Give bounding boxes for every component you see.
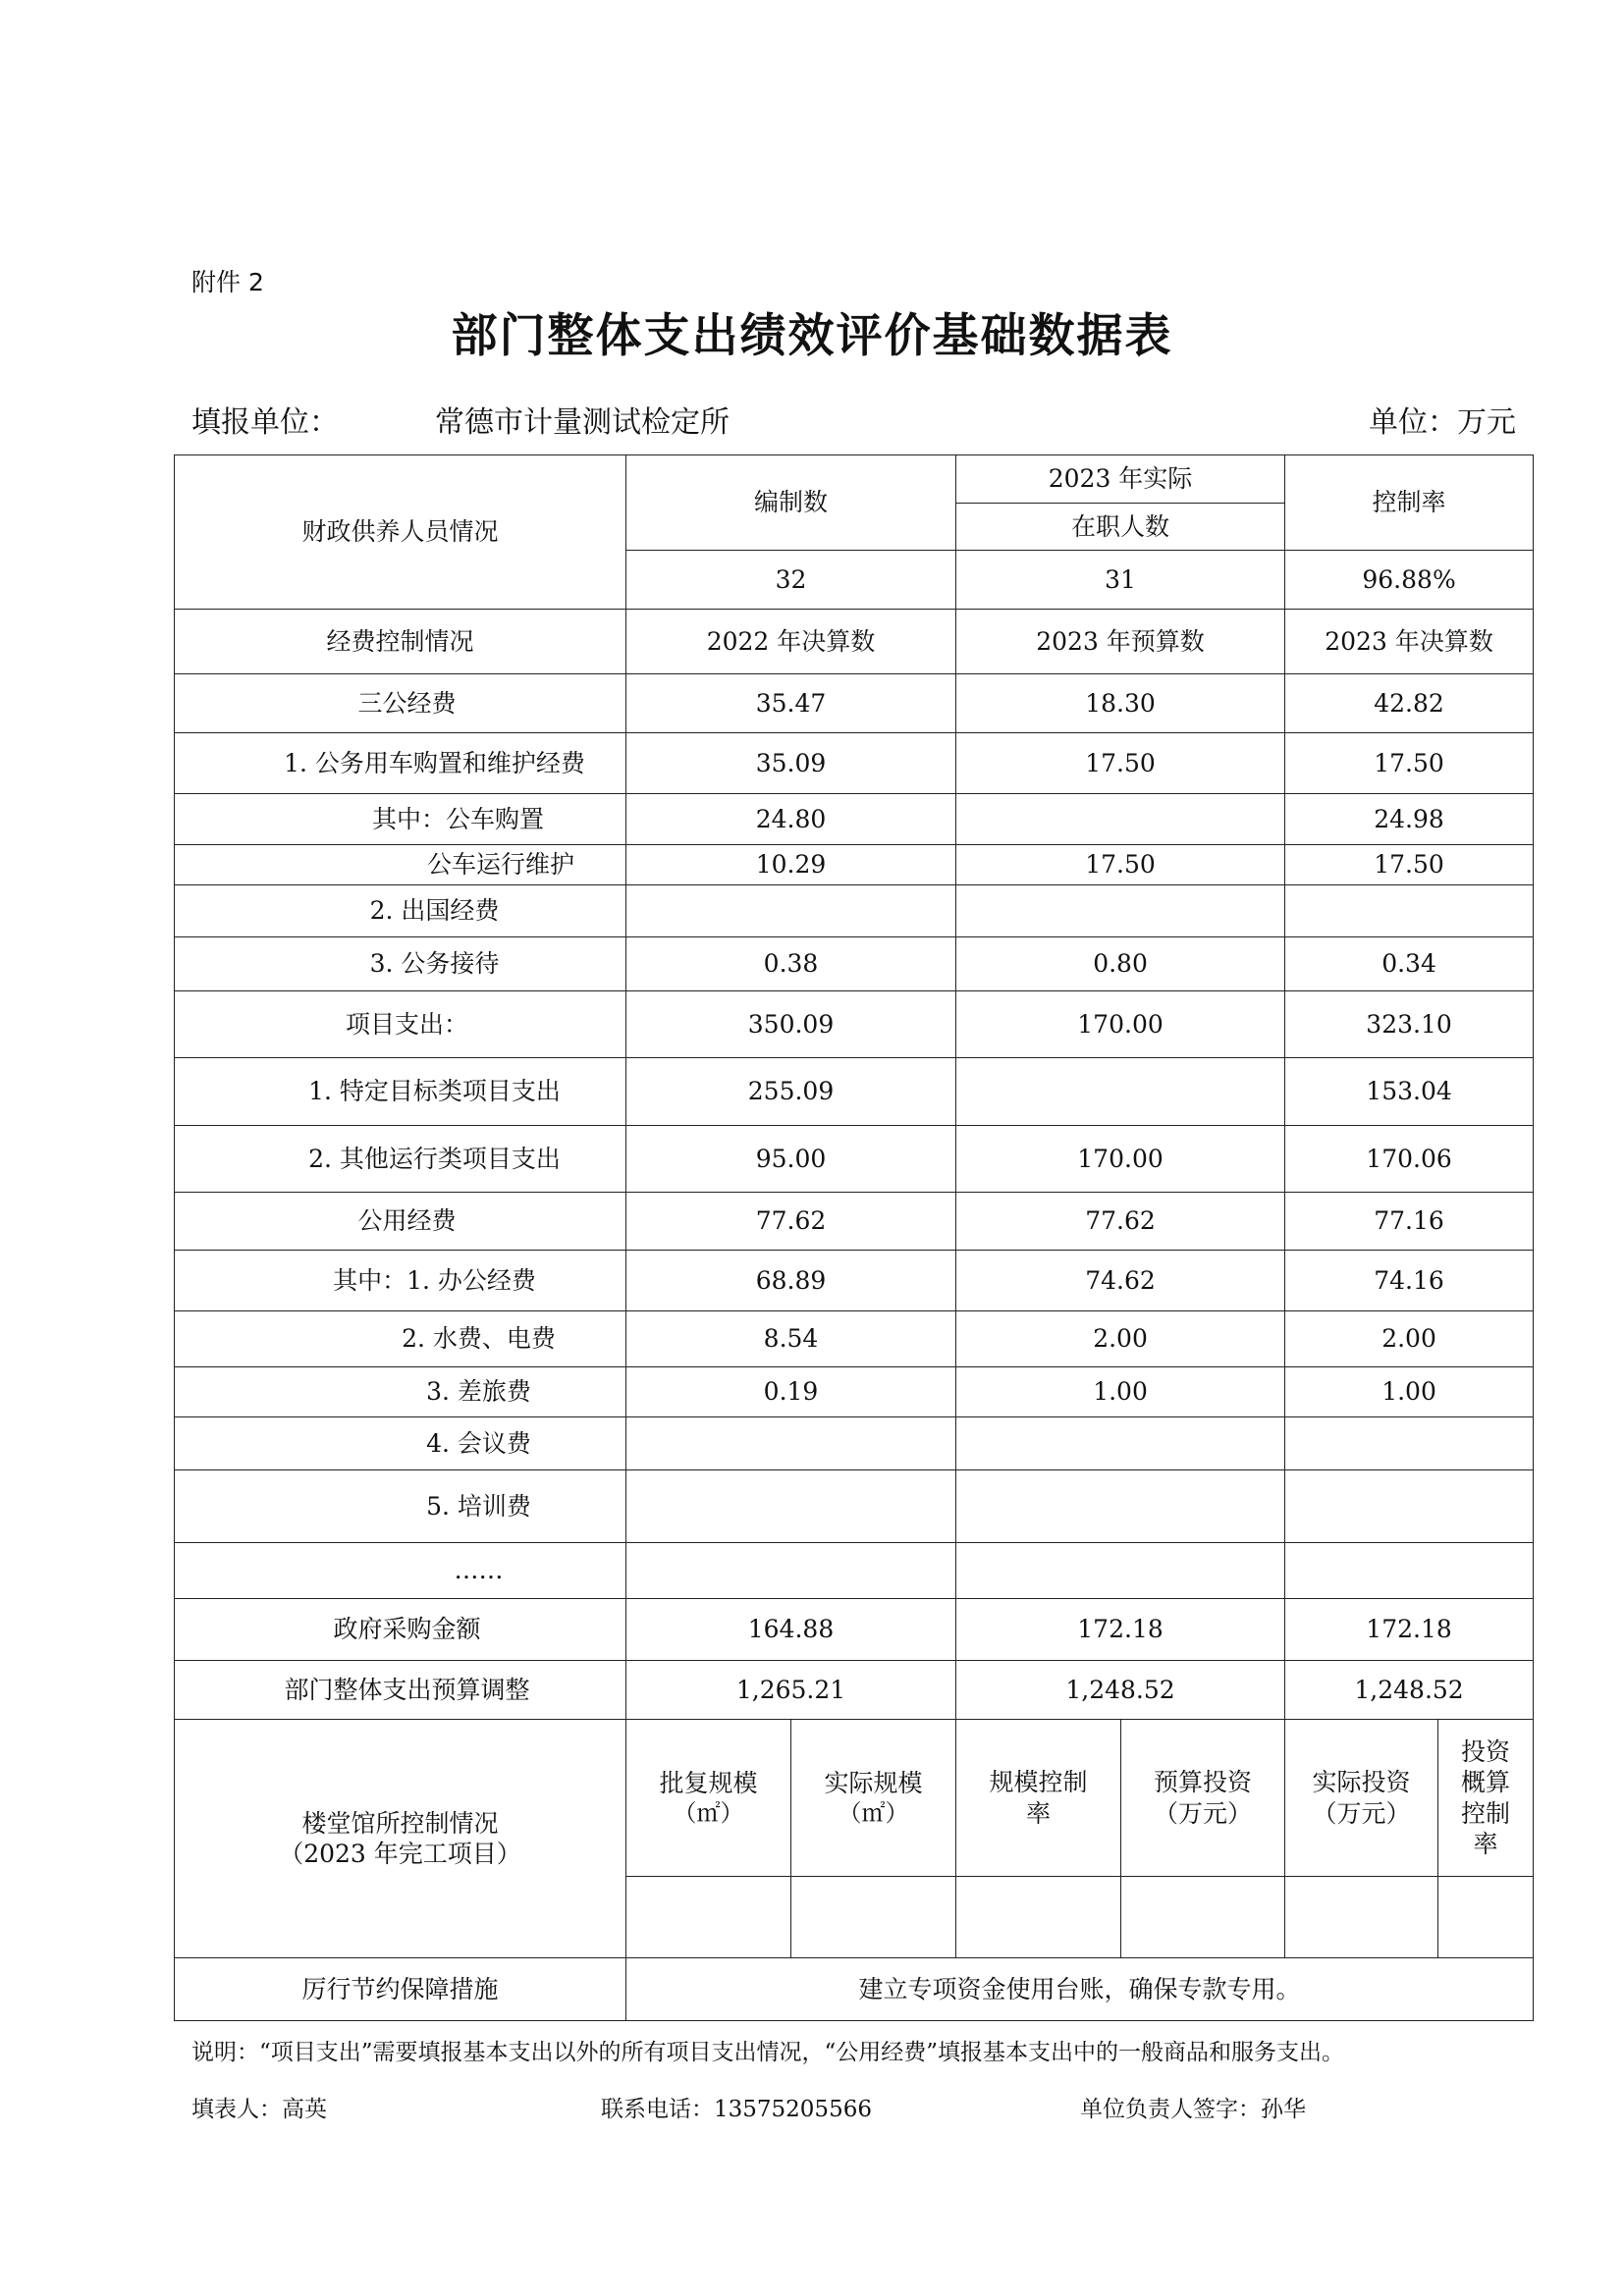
cell-final-2023: 74.16 <box>1285 1251 1534 1311</box>
staffing-header-row: 财政供养人员情况 编制数 2023 年实际 控制率 <box>175 455 1534 504</box>
buildings-label-line1: 楼堂馆所控制情况 <box>175 1808 625 1839</box>
cell-2022: 10.29 <box>626 845 956 885</box>
cell-final-2023: 153.04 <box>1285 1058 1534 1126</box>
row-label: 1. 公务用车购置和维护经费 <box>175 733 626 794</box>
savings-label: 厉行节约保障措施 <box>175 1958 626 2021</box>
contact-phone: 联系电话：13575205566 <box>601 2091 872 2123</box>
cell-2022: 35.09 <box>626 733 956 794</box>
funds-header-budget-2023: 2023 年预算数 <box>956 610 1285 674</box>
cell-budget-2023: 172.18 <box>956 1599 1285 1661</box>
table-row: 项目支出： 350.09 170.00 323.10 <box>175 991 1534 1058</box>
staffing-actual-header-line2: 在职人数 <box>956 504 1285 551</box>
cell-final-2023: 77.16 <box>1285 1193 1534 1251</box>
fill-unit-value: 常德市计量测试检定所 <box>435 398 730 441</box>
staffing-label: 财政供养人员情况 <box>175 455 626 610</box>
table-row: 4. 会议费 <box>175 1417 1534 1470</box>
buildings-header-scale-control-rate: 规模控制 率 <box>956 1720 1121 1877</box>
table-row: 1. 特定目标类项目支出 255.09 153.04 <box>175 1058 1534 1126</box>
table-row: …… <box>175 1543 1534 1599</box>
row-label: 项目支出： <box>175 991 626 1058</box>
page-title: 部门整体支出绩效评价基础数据表 <box>0 299 1624 365</box>
cell-final-2023: 17.50 <box>1285 733 1534 794</box>
staffing-quota-header: 编制数 <box>626 455 956 551</box>
cell-budget-2023 <box>956 1470 1285 1543</box>
cell-budget-2023: 74.62 <box>956 1251 1285 1311</box>
buildings-header-budget-investment: 预算投资 （万元） <box>1121 1720 1285 1877</box>
savings-value: 建立专项资金使用台账，确保专款专用。 <box>626 1958 1534 2021</box>
table-row: 其中：1. 办公经费 68.89 74.62 74.16 <box>175 1251 1534 1311</box>
buildings-header-approved-scale: 批复规模 （㎡） <box>626 1720 791 1877</box>
cell-final-2023: 1.00 <box>1285 1367 1534 1417</box>
staffing-actual-value: 31 <box>956 551 1285 610</box>
cell-2022: 1,265.21 <box>626 1661 956 1720</box>
cell-2022: 95.00 <box>626 1126 956 1193</box>
attachment-label: 附件 2 <box>191 263 264 298</box>
cell-budget-2023: 18.30 <box>956 674 1285 733</box>
cell-budget-2023: 170.00 <box>956 1126 1285 1193</box>
fill-unit-label: 填报单位： <box>191 398 339 441</box>
table-row: 3. 公务接待 0.38 0.80 0.34 <box>175 937 1534 991</box>
cell-2022: 350.09 <box>626 991 956 1058</box>
row-label: …… <box>175 1543 626 1599</box>
cell-final-2023: 42.82 <box>1285 674 1534 733</box>
table-row: 政府采购金额 164.88 172.18 172.18 <box>175 1599 1534 1661</box>
cell-2022: 35.47 <box>626 674 956 733</box>
table-row: 三公经费 35.47 18.30 42.82 <box>175 674 1534 733</box>
buildings-header-actual-investment: 实际投资 （万元） <box>1285 1720 1438 1877</box>
cell-2022: 68.89 <box>626 1251 956 1311</box>
funds-header-final-2023: 2023 年决算数 <box>1285 610 1534 674</box>
footnote: 说明：“项目支出”需要填报基本支出以外的所有项目支出情况，“公用经费”填报基本支… <box>191 2034 1344 2066</box>
cell-budget-2023 <box>956 1543 1285 1599</box>
row-label: 公车运行维护 <box>175 845 626 885</box>
cell-2022: 0.38 <box>626 937 956 991</box>
funds-header-2022: 2022 年决算数 <box>626 610 956 674</box>
buildings-label-line2: （2023 年完工项目） <box>175 1839 625 1869</box>
cell-budget-2023: 17.50 <box>956 733 1285 794</box>
cell-final-2023 <box>1285 1417 1534 1470</box>
funds-header-row: 经费控制情况 2022 年决算数 2023 年预算数 2023 年决算数 <box>175 610 1534 674</box>
cell-budget-2023 <box>956 885 1285 937</box>
staffing-rate-value: 96.88% <box>1285 551 1534 610</box>
cell-final-2023: 172.18 <box>1285 1599 1534 1661</box>
filler-name: 填表人：高英 <box>191 2091 327 2123</box>
cell-2022: 164.88 <box>626 1599 956 1661</box>
cell-2022: 8.54 <box>626 1311 956 1367</box>
cell-final-2023: 0.34 <box>1285 937 1534 991</box>
cell-final-2023 <box>1285 1470 1534 1543</box>
cell-budget-2023: 2.00 <box>956 1311 1285 1367</box>
row-label: 3. 差旅费 <box>175 1367 626 1417</box>
cell-2022 <box>626 1470 956 1543</box>
table-row: 公用经费 77.62 77.62 77.16 <box>175 1193 1534 1251</box>
staffing-actual-header-line1: 2023 年实际 <box>956 455 1285 504</box>
row-label: 5. 培训费 <box>175 1470 626 1543</box>
row-label: 2. 其他运行类项目支出 <box>175 1126 626 1193</box>
table-row: 2. 其他运行类项目支出 95.00 170.00 170.06 <box>175 1126 1534 1193</box>
row-label: 公用经费 <box>175 1193 626 1251</box>
staffing-rate-header: 控制率 <box>1285 455 1534 551</box>
buildings-value <box>956 1877 1121 1958</box>
buildings-header-row: 楼堂馆所控制情况 （2023 年完工项目） 批复规模 （㎡） 实际规模 （㎡） … <box>175 1720 1534 1877</box>
table-row: 3. 差旅费 0.19 1.00 1.00 <box>175 1367 1534 1417</box>
row-label: 部门整体支出预算调整 <box>175 1661 626 1720</box>
buildings-value <box>791 1877 956 1958</box>
staffing-quota-value: 32 <box>626 551 956 610</box>
row-label: 3. 公务接待 <box>175 937 626 991</box>
savings-row: 厉行节约保障措施 建立专项资金使用台账，确保专款专用。 <box>175 1958 1534 2021</box>
table-row: 1. 公务用车购置和维护经费 35.09 17.50 17.50 <box>175 733 1534 794</box>
row-label: 2. 水费、电费 <box>175 1311 626 1367</box>
row-label: 三公经费 <box>175 674 626 733</box>
currency-unit: 单位：万元 <box>1369 398 1516 441</box>
table-row: 2. 水费、电费 8.54 2.00 2.00 <box>175 1311 1534 1367</box>
cell-final-2023 <box>1285 885 1534 937</box>
cell-final-2023: 24.98 <box>1285 794 1534 845</box>
buildings-value <box>1285 1877 1438 1958</box>
cell-2022: 0.19 <box>626 1367 956 1417</box>
cell-final-2023: 2.00 <box>1285 1311 1534 1367</box>
cell-budget-2023: 0.80 <box>956 937 1285 991</box>
buildings-value <box>1438 1877 1534 1958</box>
row-label: 2. 出国经费 <box>175 885 626 937</box>
row-label: 1. 特定目标类项目支出 <box>175 1058 626 1126</box>
cell-budget-2023 <box>956 794 1285 845</box>
table-row: 5. 培训费 <box>175 1470 1534 1543</box>
row-label: 其中：公车购置 <box>175 794 626 845</box>
buildings-header-actual-scale: 实际规模 （㎡） <box>791 1720 956 1877</box>
row-label: 政府采购金额 <box>175 1599 626 1661</box>
table-row: 公车运行维护 10.29 17.50 17.50 <box>175 845 1534 885</box>
cell-budget-2023: 1,248.52 <box>956 1661 1285 1720</box>
table-row: 2. 出国经费 <box>175 885 1534 937</box>
cell-budget-2023: 77.62 <box>956 1193 1285 1251</box>
cell-2022: 255.09 <box>626 1058 956 1126</box>
responsible-signature: 单位负责人签字：孙华 <box>1080 2091 1306 2123</box>
table-row: 部门整体支出预算调整 1,265.21 1,248.52 1,248.52 <box>175 1661 1534 1720</box>
cell-budget-2023 <box>956 1417 1285 1470</box>
buildings-label: 楼堂馆所控制情况 （2023 年完工项目） <box>175 1720 626 1958</box>
cell-budget-2023: 170.00 <box>956 991 1285 1058</box>
buildings-header-investment-control-rate: 投资 概算 控制 率 <box>1438 1720 1534 1877</box>
cell-budget-2023: 1.00 <box>956 1367 1285 1417</box>
buildings-value <box>626 1877 791 1958</box>
performance-data-table: 财政供养人员情况 编制数 2023 年实际 控制率 在职人数 32 31 96.… <box>174 454 1534 2021</box>
row-label: 4. 会议费 <box>175 1417 626 1470</box>
cell-final-2023: 1,248.52 <box>1285 1661 1534 1720</box>
cell-budget-2023: 17.50 <box>956 845 1285 885</box>
cell-final-2023: 17.50 <box>1285 845 1534 885</box>
cell-final-2023: 323.10 <box>1285 991 1534 1058</box>
funds-header-label: 经费控制情况 <box>175 610 626 674</box>
cell-2022 <box>626 885 956 937</box>
cell-2022 <box>626 1417 956 1470</box>
cell-final-2023: 170.06 <box>1285 1126 1534 1193</box>
cell-2022: 24.80 <box>626 794 956 845</box>
cell-final-2023 <box>1285 1543 1534 1599</box>
cell-2022: 77.62 <box>626 1193 956 1251</box>
buildings-value <box>1121 1877 1285 1958</box>
row-label: 其中：1. 办公经费 <box>175 1251 626 1311</box>
cell-budget-2023 <box>956 1058 1285 1126</box>
table-row: 其中：公车购置 24.80 24.98 <box>175 794 1534 845</box>
cell-2022 <box>626 1543 956 1599</box>
